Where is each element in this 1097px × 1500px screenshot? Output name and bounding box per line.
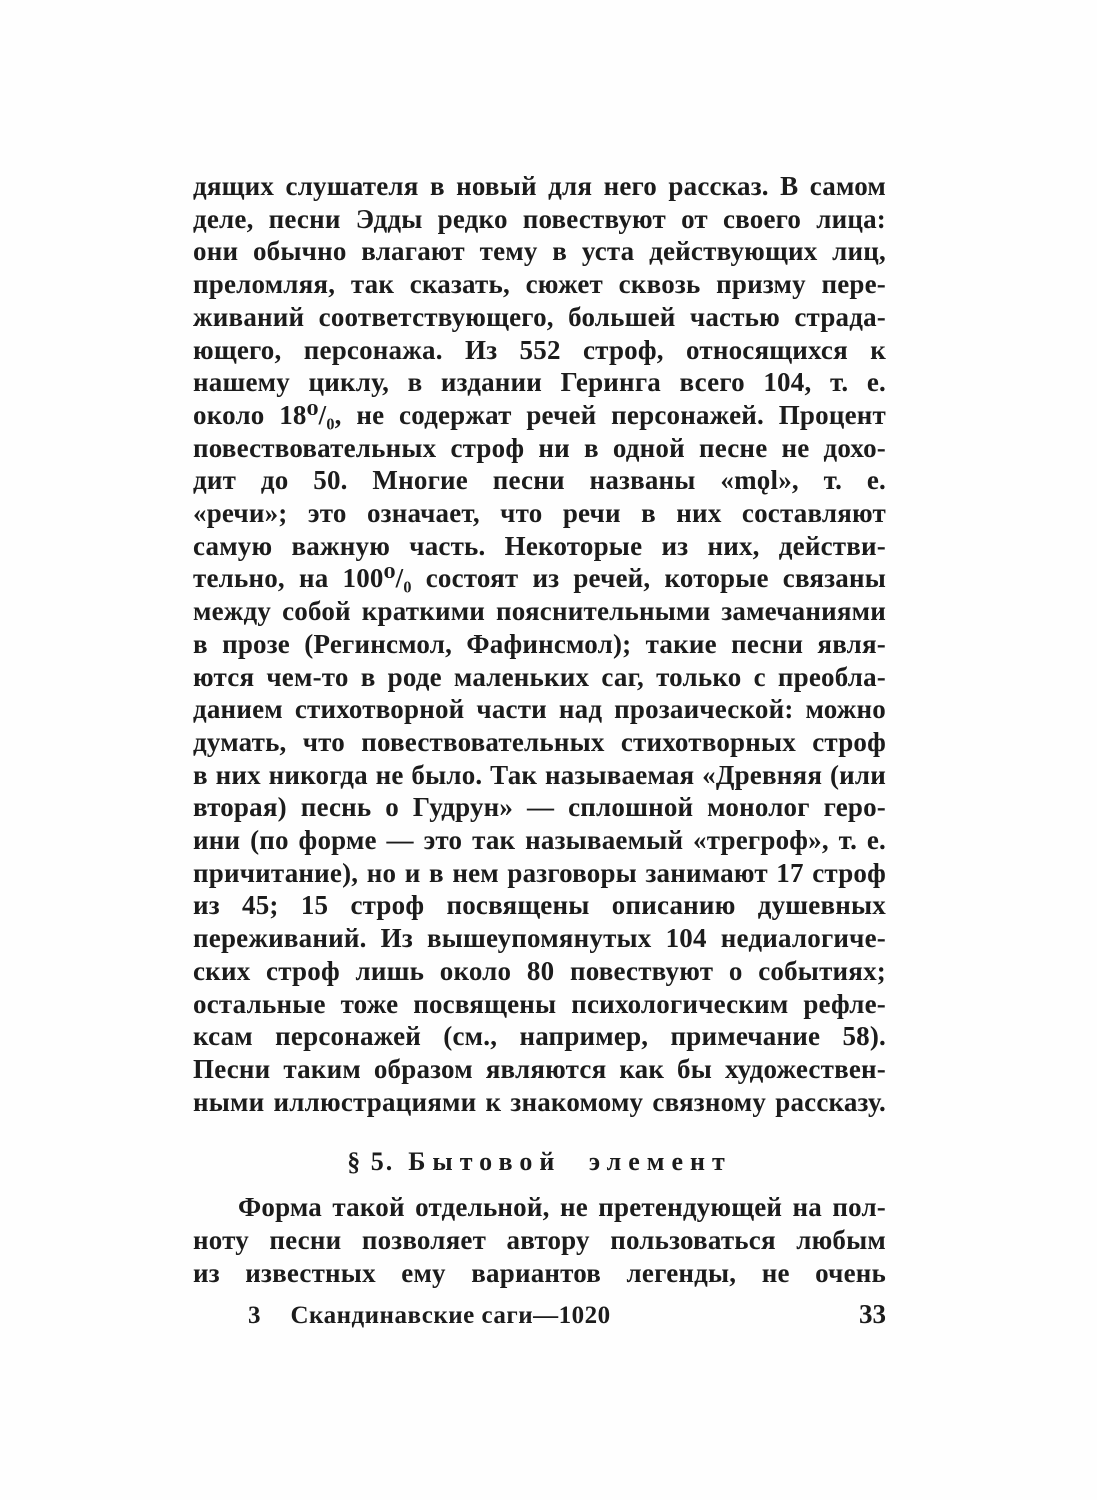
text-line: тельно, на 100⁰/₀ состоят из речей, кото… <box>193 562 886 595</box>
text-line: повествовательных строф ни в одной песне… <box>193 432 886 465</box>
page-number: 33 <box>859 1299 886 1330</box>
text-line: самую важную часть. Некоторые из них, де… <box>193 530 886 563</box>
text-line: деле, песни Эдды редко повествуют от сво… <box>193 203 886 236</box>
text-line: в прозе (Регинсмол, Фафинсмол); такие пе… <box>193 628 886 661</box>
text-line: нашему циклу, в издании Геринга всего 10… <box>193 366 886 399</box>
text-line: ских строф лишь около 80 повествуют о со… <box>193 955 886 988</box>
text-line: ются чем-то в роде маленьких саг, только… <box>193 661 886 694</box>
book-page: дящих слушателя в новый для него рассказ… <box>0 0 1097 1500</box>
text-line: Песни таким образом являются как бы худо… <box>193 1053 886 1086</box>
text-line: преломляя, так сказать, сюжет сквозь при… <box>193 268 886 301</box>
text-line: остальные тоже посвящены психологическим… <box>193 988 886 1021</box>
text-line: между собой краткими пояснительными заме… <box>193 595 886 628</box>
text-line: «речи»; это означает, что речи в них сос… <box>193 497 886 530</box>
text-line: в них никогда не было. Так называемая «Д… <box>193 759 886 792</box>
text-line: живаний соответствующего, большей частью… <box>193 301 886 334</box>
text-line: дит до 50. Многие песни названы «mǫl», т… <box>193 464 886 497</box>
text-line: данием стихотворной части над прозаическ… <box>193 693 886 726</box>
text-line: дящих слушателя в новый для него рассказ… <box>193 170 886 203</box>
text-line: ноту песни позволяет автору пользоваться… <box>193 1224 886 1257</box>
text-line: ными иллюстрациями к знакомому связному … <box>193 1086 886 1119</box>
text-line: Форма такой отдельной, не претендующей н… <box>193 1191 886 1224</box>
imprint-text: Скандинавские саги—1020 <box>291 1302 611 1330</box>
text-line: около 18⁰/₀, не содержат речей персонаже… <box>193 399 886 432</box>
text-line: ксам персонажей (см., например, примечан… <box>193 1020 886 1053</box>
text-line: переживаний. Из вышеупомянутых 104 недиа… <box>193 922 886 955</box>
text-line: из 45; 15 строф посвящены описанию душев… <box>193 889 886 922</box>
text-line: думать, что повествовательных стихотворн… <box>193 726 886 759</box>
text-line: причитание), но и в нем разговоры занима… <box>193 857 886 890</box>
text-line: из известных ему вариантов легенды, не о… <box>193 1257 886 1290</box>
text-line: ини (по форме — это так называемый «трег… <box>193 824 886 857</box>
text-line: они обычно влагают тему в уста действующ… <box>193 235 886 268</box>
text-line: вторая) песнь о Гудрун» — сплошной монол… <box>193 791 886 824</box>
print-signature-number: 3 <box>248 1302 261 1330</box>
text-line: ющего, персонажа. Из 552 строф, относящи… <box>193 334 886 367</box>
section-title: Бытовой элемент <box>408 1147 732 1176</box>
section-heading: § 5.Бытовой элемент <box>193 1145 886 1178</box>
page-footer: 3 Скандинавские саги—1020 33 <box>193 1299 886 1330</box>
text-block: дящих слушателя в новый для него рассказ… <box>193 170 886 1330</box>
section-number: § 5. <box>347 1147 394 1176</box>
